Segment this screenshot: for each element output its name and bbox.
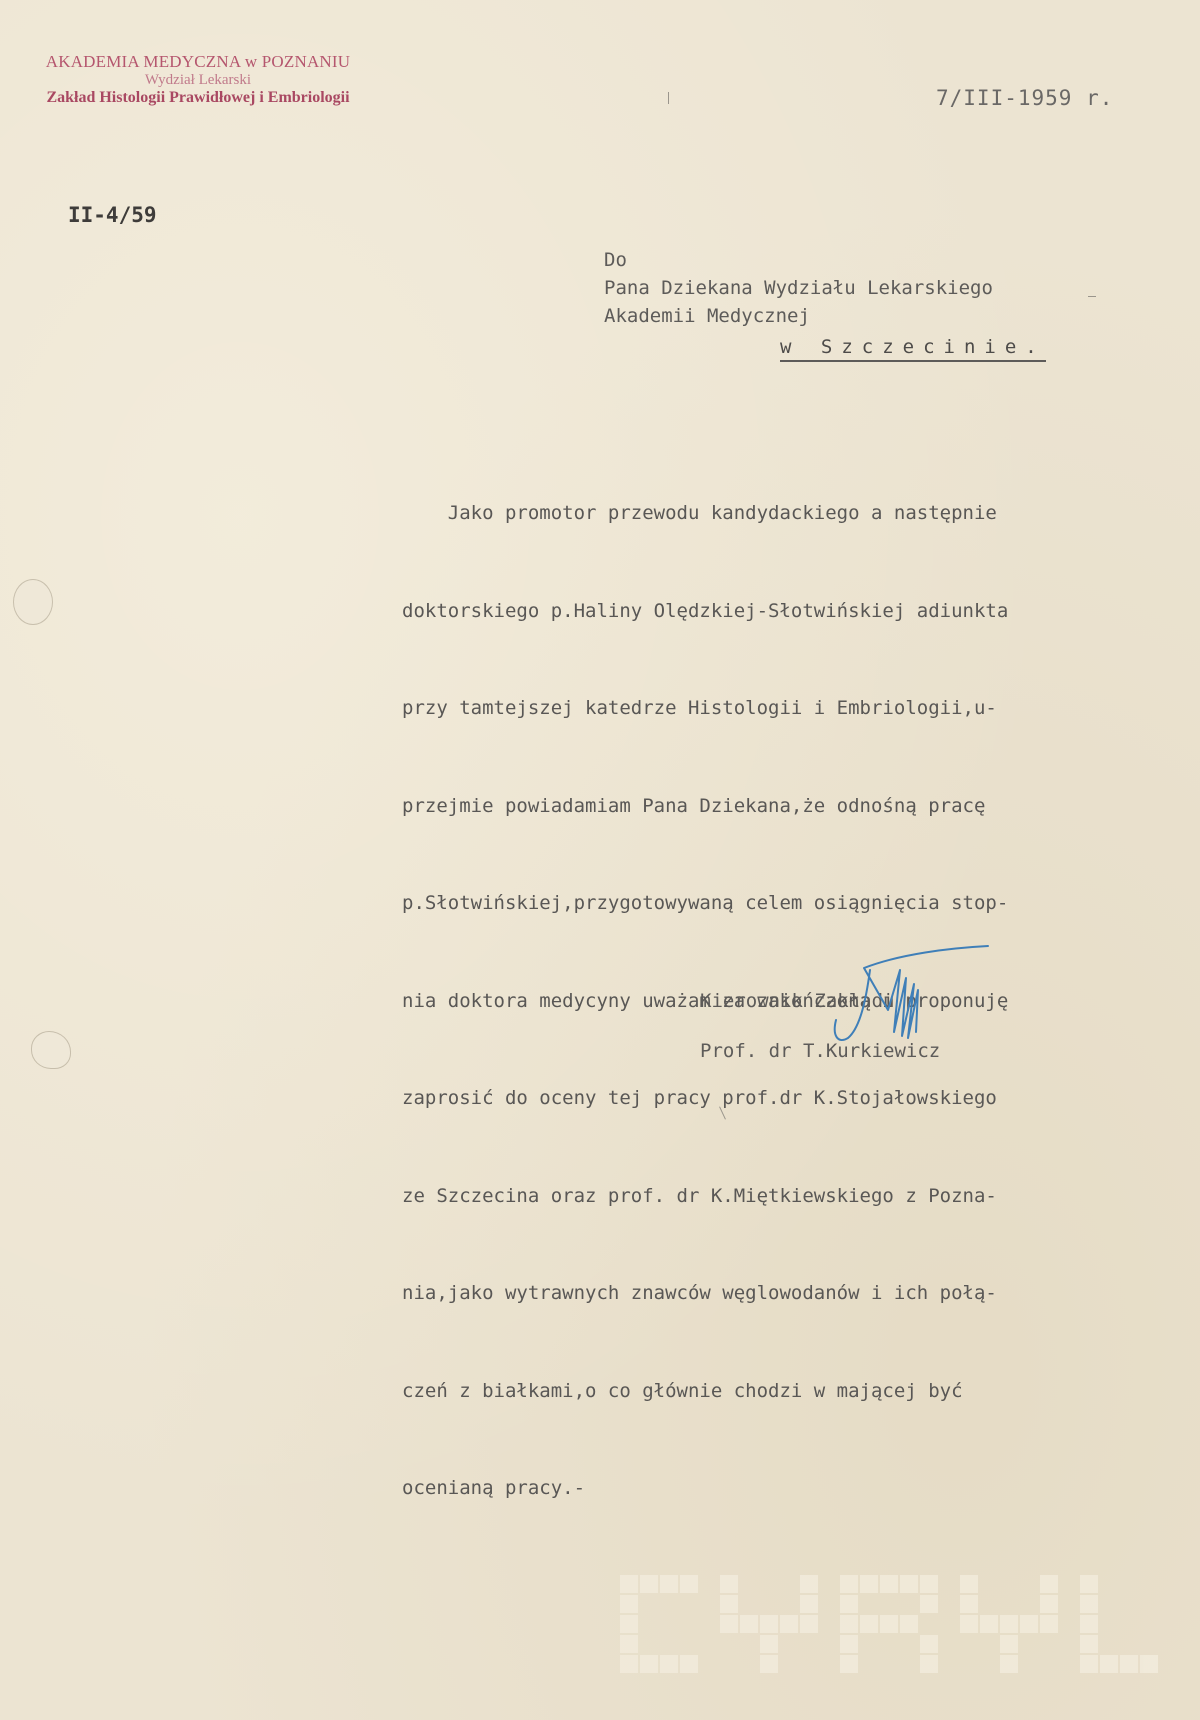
letterhead-stamp: AKADEMIA MEDYCZNA w POZNANIU Wydział Lek… bbox=[18, 52, 378, 107]
body-line: czeń z białkami,o co głównie chodzi w ma… bbox=[402, 1375, 1008, 1408]
paper-speck bbox=[668, 92, 669, 104]
reference-number: II-4/59 bbox=[68, 203, 157, 227]
cyryl-watermark-l bbox=[1080, 1570, 1190, 1680]
body-line: doktorskiego p.Haliny Olędzkiej-Słotwińs… bbox=[402, 595, 1008, 628]
handwritten-signature bbox=[830, 940, 1010, 1050]
punch-hole-mark bbox=[32, 1032, 70, 1068]
letter-date: 7/III-1959 r. bbox=[936, 86, 1113, 110]
recipient-line-3: Akademii Medycznej bbox=[604, 302, 993, 330]
body-line: ocenianą pracy.- bbox=[402, 1472, 1008, 1505]
body-line: nia,jako wytrawnych znawców węglowodanów… bbox=[402, 1277, 1008, 1310]
body-line: przejmie powiadamiam Pana Dziekana,że od… bbox=[402, 790, 1008, 823]
department-name: Zakład Histologii Prawidłowej i Embriolo… bbox=[18, 89, 378, 107]
paper-speck bbox=[1088, 296, 1096, 297]
recipient-city: w Szczecinie. bbox=[780, 336, 1046, 362]
body-line: p.Słotwińskiej,przygotowywaną celem osią… bbox=[402, 887, 1008, 920]
body-line: zaprosić do oceny tej pracy prof.dr K.St… bbox=[402, 1082, 1008, 1115]
recipient-line-2: Pana Dziekana Wydziału Lekarskiego bbox=[604, 274, 993, 302]
body-line: Jako promotor przewodu kandydackiego a n… bbox=[402, 497, 1008, 530]
punch-hole-mark bbox=[14, 580, 52, 624]
recipient-address: Do Pana Dziekana Wydziału Lekarskiego Ak… bbox=[604, 246, 993, 330]
body-line: przy tamtejszej katedrze Histologii i Em… bbox=[402, 692, 1008, 725]
institution-name: AKADEMIA MEDYCZNA w POZNANIU bbox=[18, 52, 378, 72]
recipient-line-1: Do bbox=[604, 246, 993, 274]
cyryl-watermark bbox=[600, 1570, 1100, 1680]
body-line: ze Szczecina oraz prof. dr K.Miętkiewski… bbox=[402, 1180, 1008, 1213]
faculty-name: Wydział Lekarski bbox=[18, 72, 378, 89]
